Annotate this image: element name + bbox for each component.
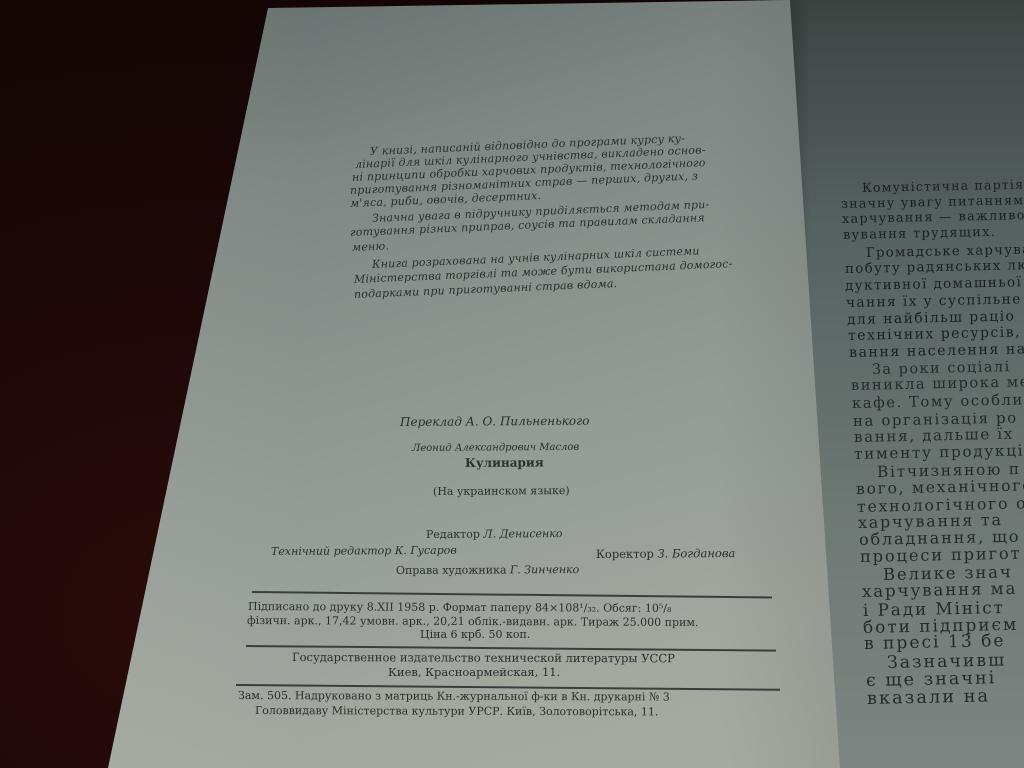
proofreader-credit: Коректор З. Богданова <box>596 546 735 561</box>
colophon: У книзі, написаній відповідно до програм… <box>0 0 1024 768</box>
cover-label: Оправа художника <box>396 563 507 577</box>
price: Ціна 6 крб. 50 коп. <box>420 628 530 641</box>
annotation-line: меню. <box>352 239 390 254</box>
proofreader-label: Коректор <box>596 547 654 561</box>
publisher-address: Киев, Красноармейская, 11. <box>388 665 560 679</box>
print-info-line-2: фізичн. арк., 17,42 умовн. арк., 20,21 о… <box>247 614 698 629</box>
tech-editor-credit: Технічний редактор К. Гусаров <box>271 544 457 558</box>
cover-artist-name: Г. Зинченко <box>510 563 579 576</box>
cover-artist-credit: Оправа художника Г. Зинченко <box>396 563 579 577</box>
language-note: (На украинском языке) <box>433 484 570 498</box>
publisher-name: Государственное издательство технической… <box>292 650 675 665</box>
book-title: Кулинария <box>465 455 544 470</box>
divider-rule <box>252 591 772 598</box>
tech-editor-name: К. Гусаров <box>395 544 457 557</box>
printer-info-line-1: Зам. 505. Надруковано з матриць Кн.-журн… <box>238 689 670 704</box>
translation-credit: Переклад А. О. Пильненького <box>400 414 589 429</box>
print-info-line-1: Підписано до друку 8.XII 1958 р. Формат … <box>248 600 671 615</box>
proofreader-name: З. Богданова <box>657 546 735 561</box>
editor-label: Редактор <box>426 528 480 541</box>
editor-name: Л. Денисенко <box>483 527 562 541</box>
author-name: Леонид Александрович Маслов <box>412 442 579 454</box>
printer-info-line-2: Головвидаву Міністерства культури УРСР. … <box>255 704 658 718</box>
tech-editor-label: Технічний редактор <box>271 544 391 558</box>
editor-credit: Редактор Л. Денисенко <box>426 527 563 541</box>
